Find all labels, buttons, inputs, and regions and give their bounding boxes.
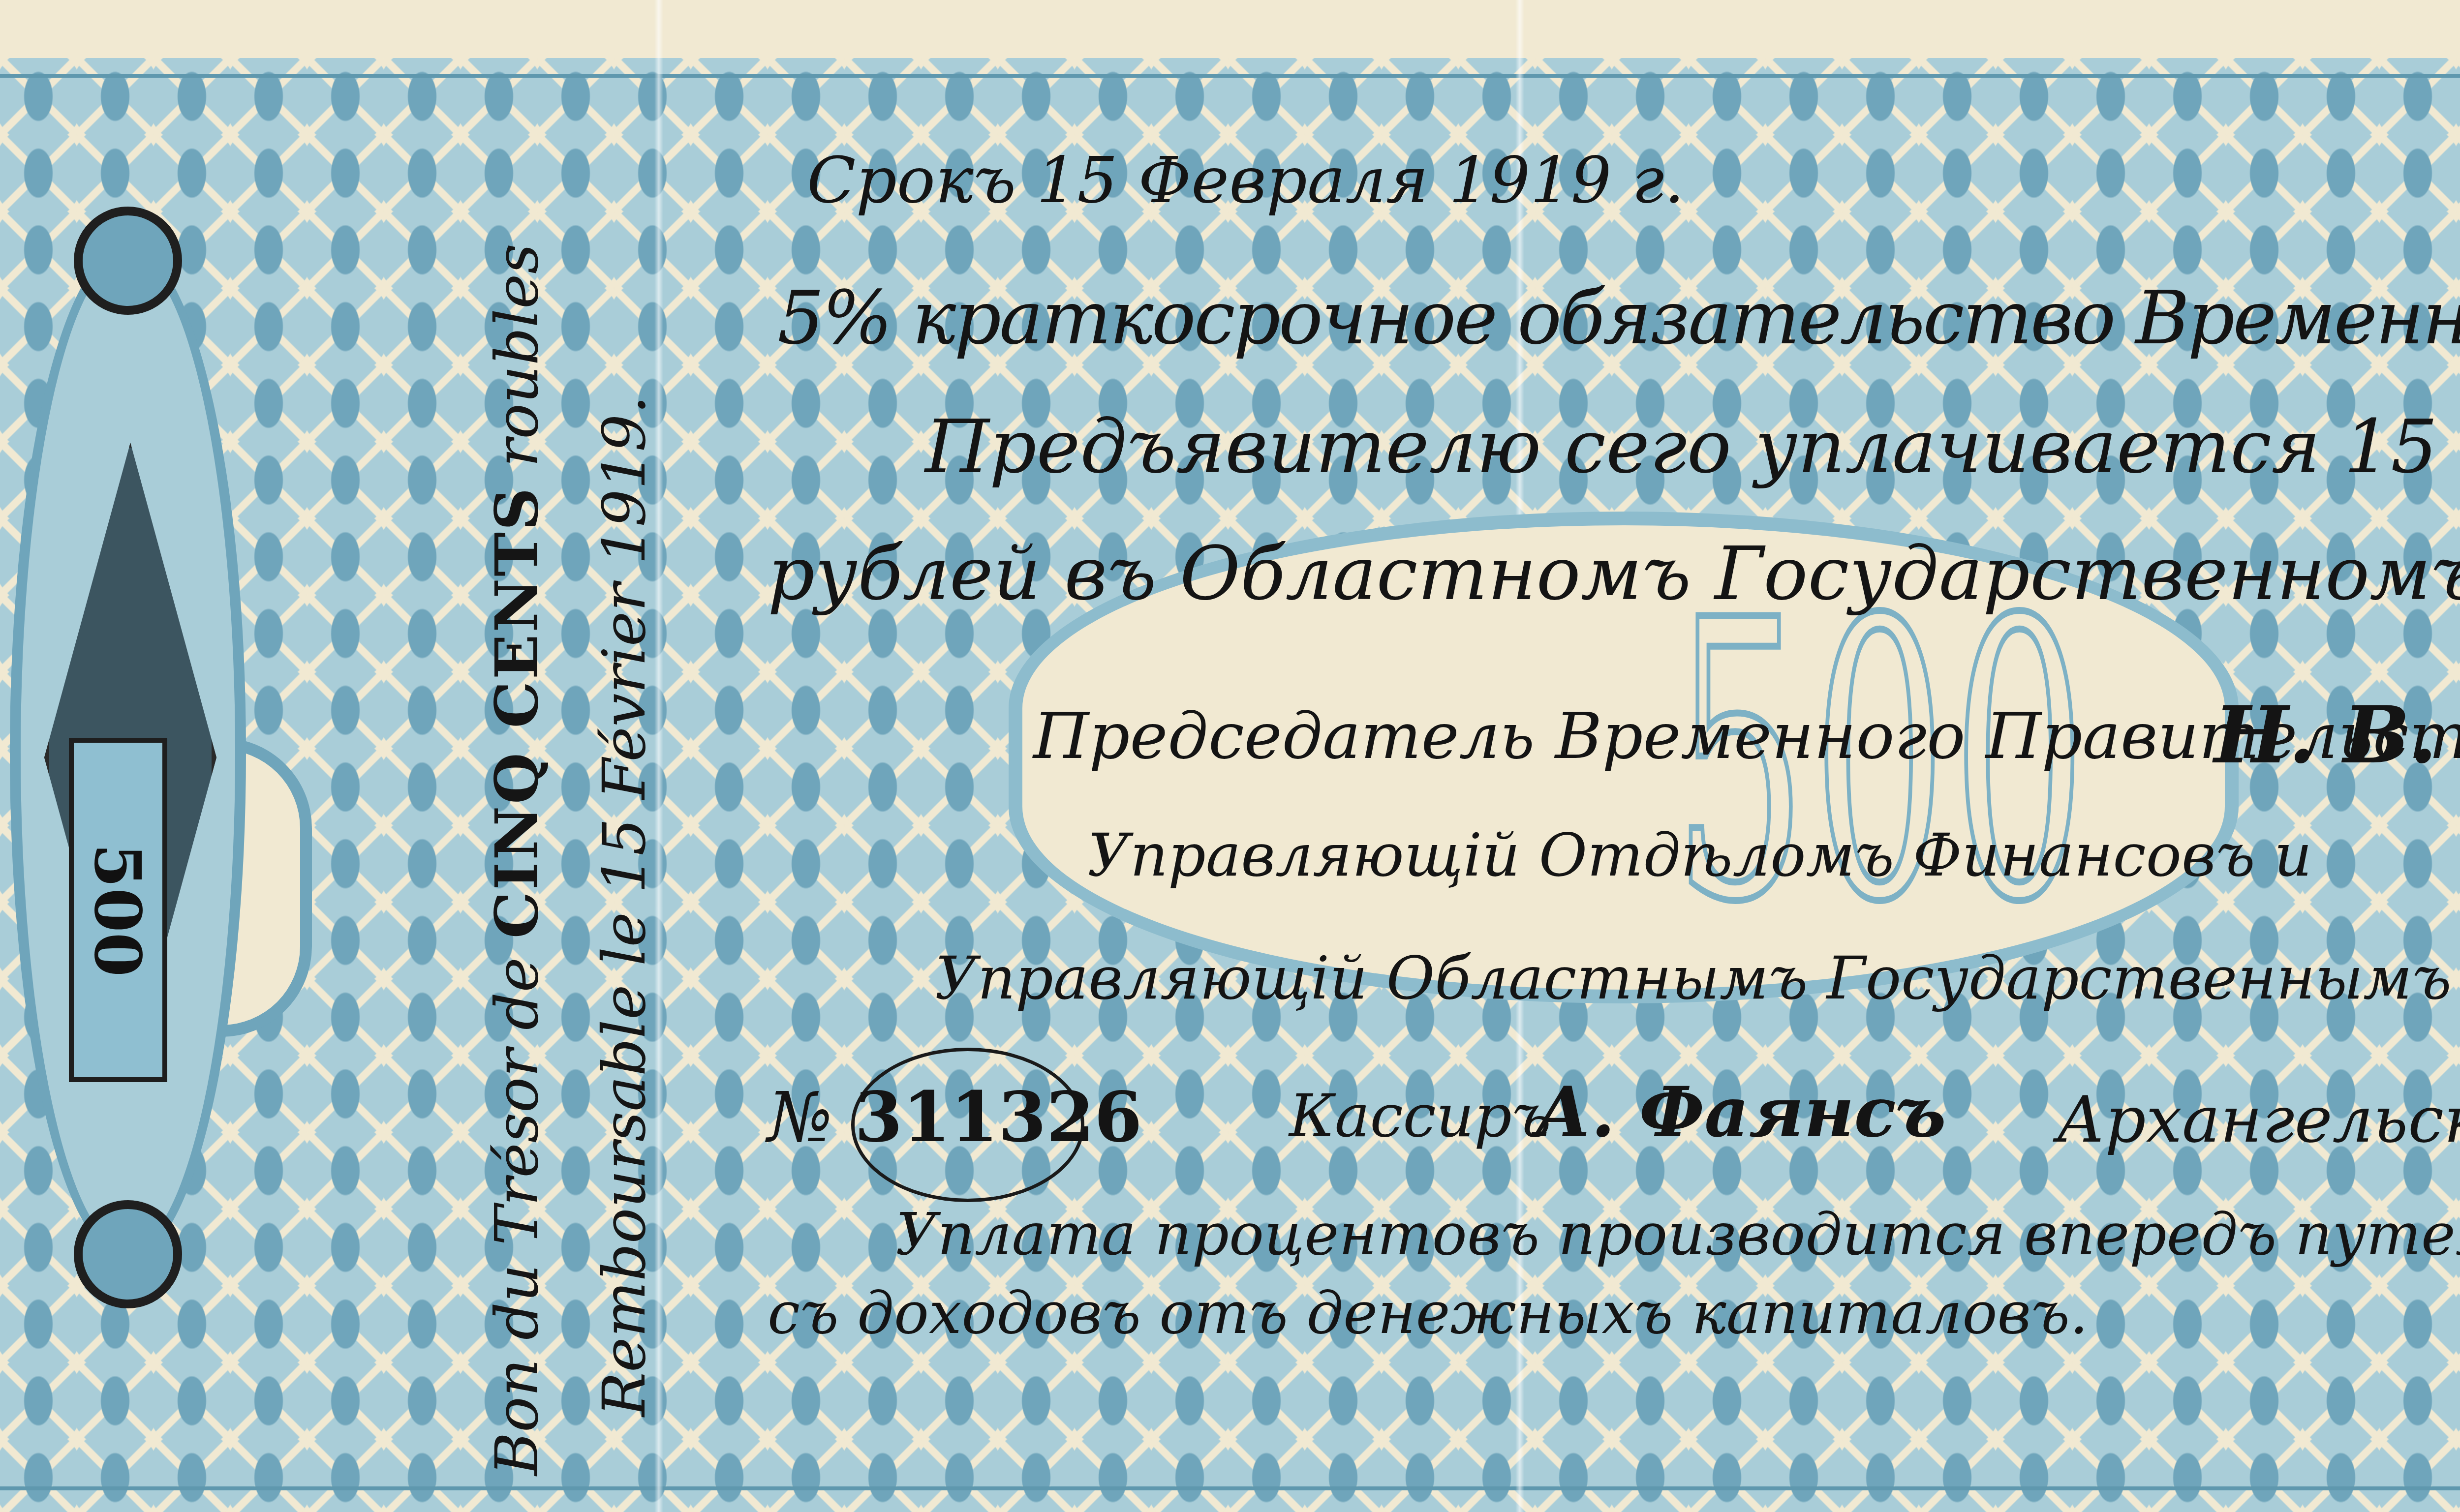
denomination-box: 500	[69, 738, 167, 1082]
official-finance-title: Управляющій Отдѣломъ Финансовъ и	[1087, 821, 2312, 890]
obligation-title: 5% краткосрочное обязательство Временнаг…	[777, 275, 2460, 361]
cashier-label: Кассиръ	[1289, 1082, 1551, 1150]
left-ornament: 500	[0, 128, 256, 1387]
place-date: Архангельскъ, 15 Августа 1918 г.	[2057, 1082, 2460, 1157]
french-title: Bon du Trésor de CINQ CENTS roubles	[482, 243, 552, 1476]
footnote-line-1: Уплата процентовъ производится впередъ п…	[895, 1200, 2460, 1268]
signature-cashier: А. Фаянсъ	[1535, 1072, 1946, 1153]
official-bank-title: Управляющій Областнымъ Государственнымъ …	[935, 944, 2460, 1013]
french-repayment: Remboursable le 15 Février 1919.	[590, 395, 659, 1417]
serial-number: № 311326	[768, 1077, 1142, 1158]
body-line-2: рублей въ Областномъ Государственномъ Ба…	[768, 531, 2460, 617]
body-line-1: Предъявителю сего уплачивается 15 Феврал…	[925, 403, 2460, 490]
term-date: Срокъ 15 Февраля 1919 г.	[807, 143, 1685, 217]
rosette-icon	[74, 1200, 182, 1308]
rosette-icon	[74, 207, 182, 315]
footnote-line-2: съ доходовъ отъ денежныхъ капиталовъ.	[768, 1279, 2088, 1347]
signature-chairman: Н. В. Чайковскій	[2214, 689, 2460, 781]
denomination-value: 500	[81, 843, 156, 976]
